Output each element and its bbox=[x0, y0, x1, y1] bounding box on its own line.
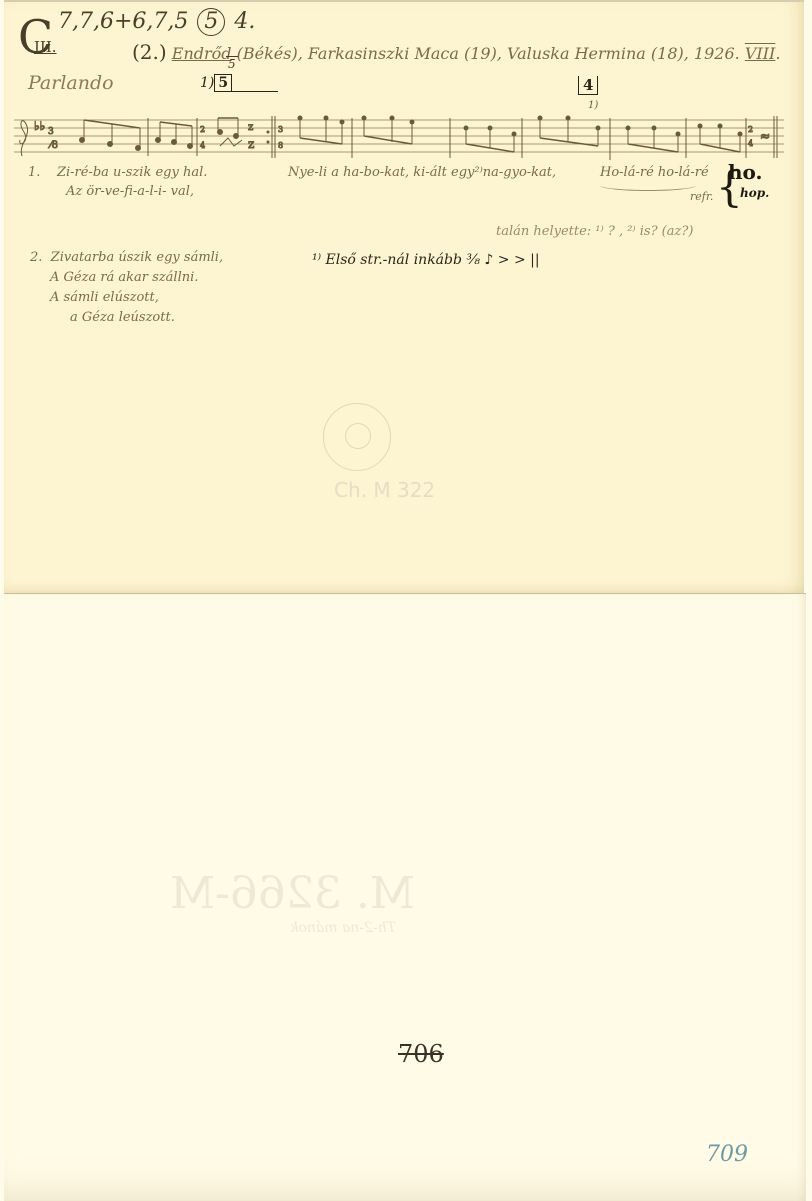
footnote: ¹⁾ Első str.-nál inkább ³⁄₈ ♪ > > || bbox=[312, 252, 540, 268]
county: (Békés), bbox=[237, 44, 303, 63]
footnote-ref: 1) bbox=[200, 75, 214, 91]
svg-text:3: 3 bbox=[278, 125, 283, 134]
svg-text:8: 8 bbox=[278, 141, 283, 150]
verse1-line-b: Az ör-ve-fi-a-l-i- val, bbox=[66, 184, 194, 199]
verse2-line: a Géza leúszott. bbox=[30, 308, 223, 328]
svg-text:2: 2 bbox=[200, 125, 205, 134]
alternative-note: talán helyette: ¹⁾ ? , ²⁾ is? (az?) bbox=[496, 224, 693, 239]
music-staff: ♭♭ 3 ⁄8 24 zz 38 bbox=[14, 114, 784, 160]
svg-text:2: 2 bbox=[748, 125, 753, 134]
catalog-syllables: 7,7,6+6,7,5 5 4. bbox=[58, 8, 255, 36]
page-number: 709 bbox=[706, 1142, 748, 1167]
date: 1926. bbox=[694, 44, 740, 63]
boxed-number: 5 bbox=[214, 74, 232, 92]
place: Endrőd bbox=[172, 44, 232, 63]
verse1-number: 1. bbox=[28, 165, 40, 180]
footnote-marker: 1) bbox=[588, 100, 598, 111]
section-mark-5: 1)5 bbox=[200, 74, 278, 92]
refrain-label: refr. bbox=[690, 190, 713, 203]
verse2-line: 2. Zivatarba úszik egy sámli, bbox=[30, 248, 223, 268]
staff-notation: ♭♭ 3 ⁄8 24 zz 38 bbox=[14, 114, 784, 160]
catalog-roman: III. bbox=[34, 38, 57, 56]
verse2-line: A sámli elúszott, bbox=[30, 288, 223, 308]
month: VIII bbox=[745, 44, 776, 63]
refrain-brace bbox=[600, 180, 696, 191]
svg-text:4: 4 bbox=[200, 141, 205, 150]
verse1-text-a: Zi-ré-ba u-szik egy hal. bbox=[57, 165, 207, 180]
singers: Farkasinszki Maca (19), Valuska Hermina … bbox=[308, 44, 689, 63]
verse2: 2. Zivatarba úszik egy sámli, A Géza rá … bbox=[30, 248, 223, 328]
verse2-number: 2. bbox=[30, 250, 42, 265]
verse1-line-a: 1. Zi-ré-ba u-szik egy hal. bbox=[28, 165, 207, 180]
svg-text:≈: ≈ bbox=[760, 129, 770, 143]
svg-text:3: 3 bbox=[48, 127, 54, 137]
catalog-trail: 4. bbox=[234, 9, 255, 34]
bleed-through-text: M. 3266-M bbox=[170, 868, 415, 919]
ho-text: ho. bbox=[728, 160, 763, 184]
tempo-marking: Parlando bbox=[28, 72, 114, 94]
verse1-line-d: Ho-lá-ré ho-lá-ré bbox=[600, 165, 709, 180]
place-mark: 5 bbox=[226, 56, 238, 71]
syllable-count: 7,7,6+6,7,5 bbox=[58, 9, 188, 34]
verse2-line: A Géza rá akar szállni. bbox=[30, 268, 223, 288]
svg-text:z: z bbox=[248, 122, 253, 133]
hop-text: hop. bbox=[740, 186, 769, 200]
svg-text:♭♭: ♭♭ bbox=[34, 119, 45, 133]
verse2-line-1: Zivatarba úszik egy sámli, bbox=[51, 250, 223, 265]
struck-page-number: 706 bbox=[398, 1040, 444, 1068]
stamp-number: Ch. M 322 bbox=[334, 478, 435, 502]
song-number: (2.) bbox=[132, 40, 167, 64]
stamp-emblem-icon bbox=[345, 423, 371, 449]
library-stamp bbox=[323, 403, 391, 471]
circled-number: 5 bbox=[197, 8, 225, 36]
svg-text:z: z bbox=[248, 137, 254, 151]
section-mark-4: 4 bbox=[578, 76, 598, 95]
svg-text:4: 4 bbox=[748, 139, 753, 148]
bleed-through-subtext: Th-2-na mánok bbox=[290, 920, 396, 936]
verse1-line-c: Nye-li a ha-bo-kat, ki-ált egy²⁾na-gyo-k… bbox=[288, 165, 556, 180]
svg-text:⁄8: ⁄8 bbox=[48, 140, 58, 151]
